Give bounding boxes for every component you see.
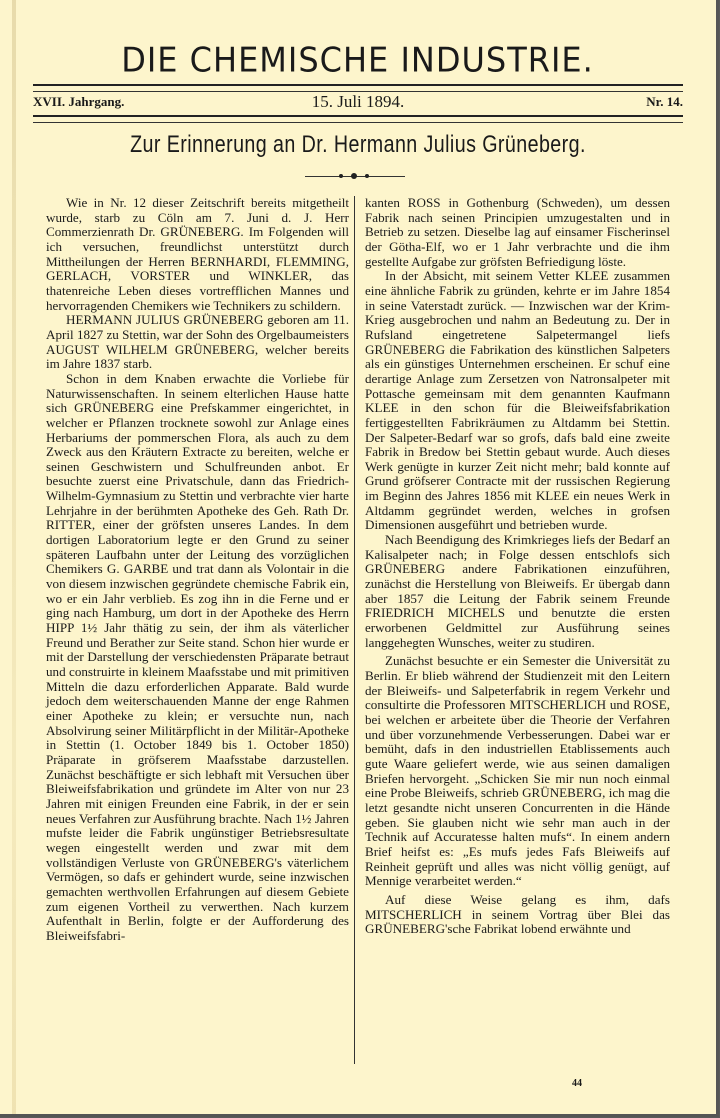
paragraph: Nach Beendigung des Krimkrieges liefs de… <box>365 533 670 650</box>
scanned-page: DIE CHEMISCHE INDUSTRIE. XVII. Jahrgang.… <box>0 0 719 1117</box>
ornament-divider-icon <box>305 175 405 179</box>
issue-date: 15. Juli 1894. <box>33 92 683 112</box>
header-rule-bottom <box>33 115 683 123</box>
issue-line: XVII. Jahrgang. 15. Juli 1894. Nr. 14. <box>33 94 683 114</box>
paragraph: HERMANN JULIUS GRÜNEBERG geboren am 11. … <box>46 313 349 372</box>
header-rule-top <box>33 84 683 92</box>
right-column: kanten ROSS in Gothenburg (Schweden), um… <box>365 196 670 937</box>
journal-masthead: DIE CHEMISCHE INDUSTRIE. <box>45 41 670 79</box>
paragraph: Schon in dem Knaben erwachte die Vorlieb… <box>46 372 349 944</box>
column-divider <box>354 196 355 1064</box>
left-column: Wie in Nr. 12 dieser Zeitschrift bereits… <box>46 196 349 943</box>
paragraph: Auf diese Weise gelang es ihm, dafs MITS… <box>365 893 670 937</box>
scan-edge-shadow <box>12 0 16 1114</box>
paragraph: kanten ROSS in Gothenburg (Schweden), um… <box>365 196 670 269</box>
article-title: Zur Erinnerung an Dr. Hermann Julius Grü… <box>92 131 625 159</box>
issue-number: Nr. 14. <box>646 94 683 110</box>
paragraph: Zunächst besuchte er ein Semester die Un… <box>365 654 670 889</box>
paragraph: Wie in Nr. 12 dieser Zeitschrift bereits… <box>46 196 349 313</box>
paragraph: In der Absicht, mit seinem Vetter KLEE z… <box>365 269 670 533</box>
page-number: 44 <box>572 1078 582 1089</box>
